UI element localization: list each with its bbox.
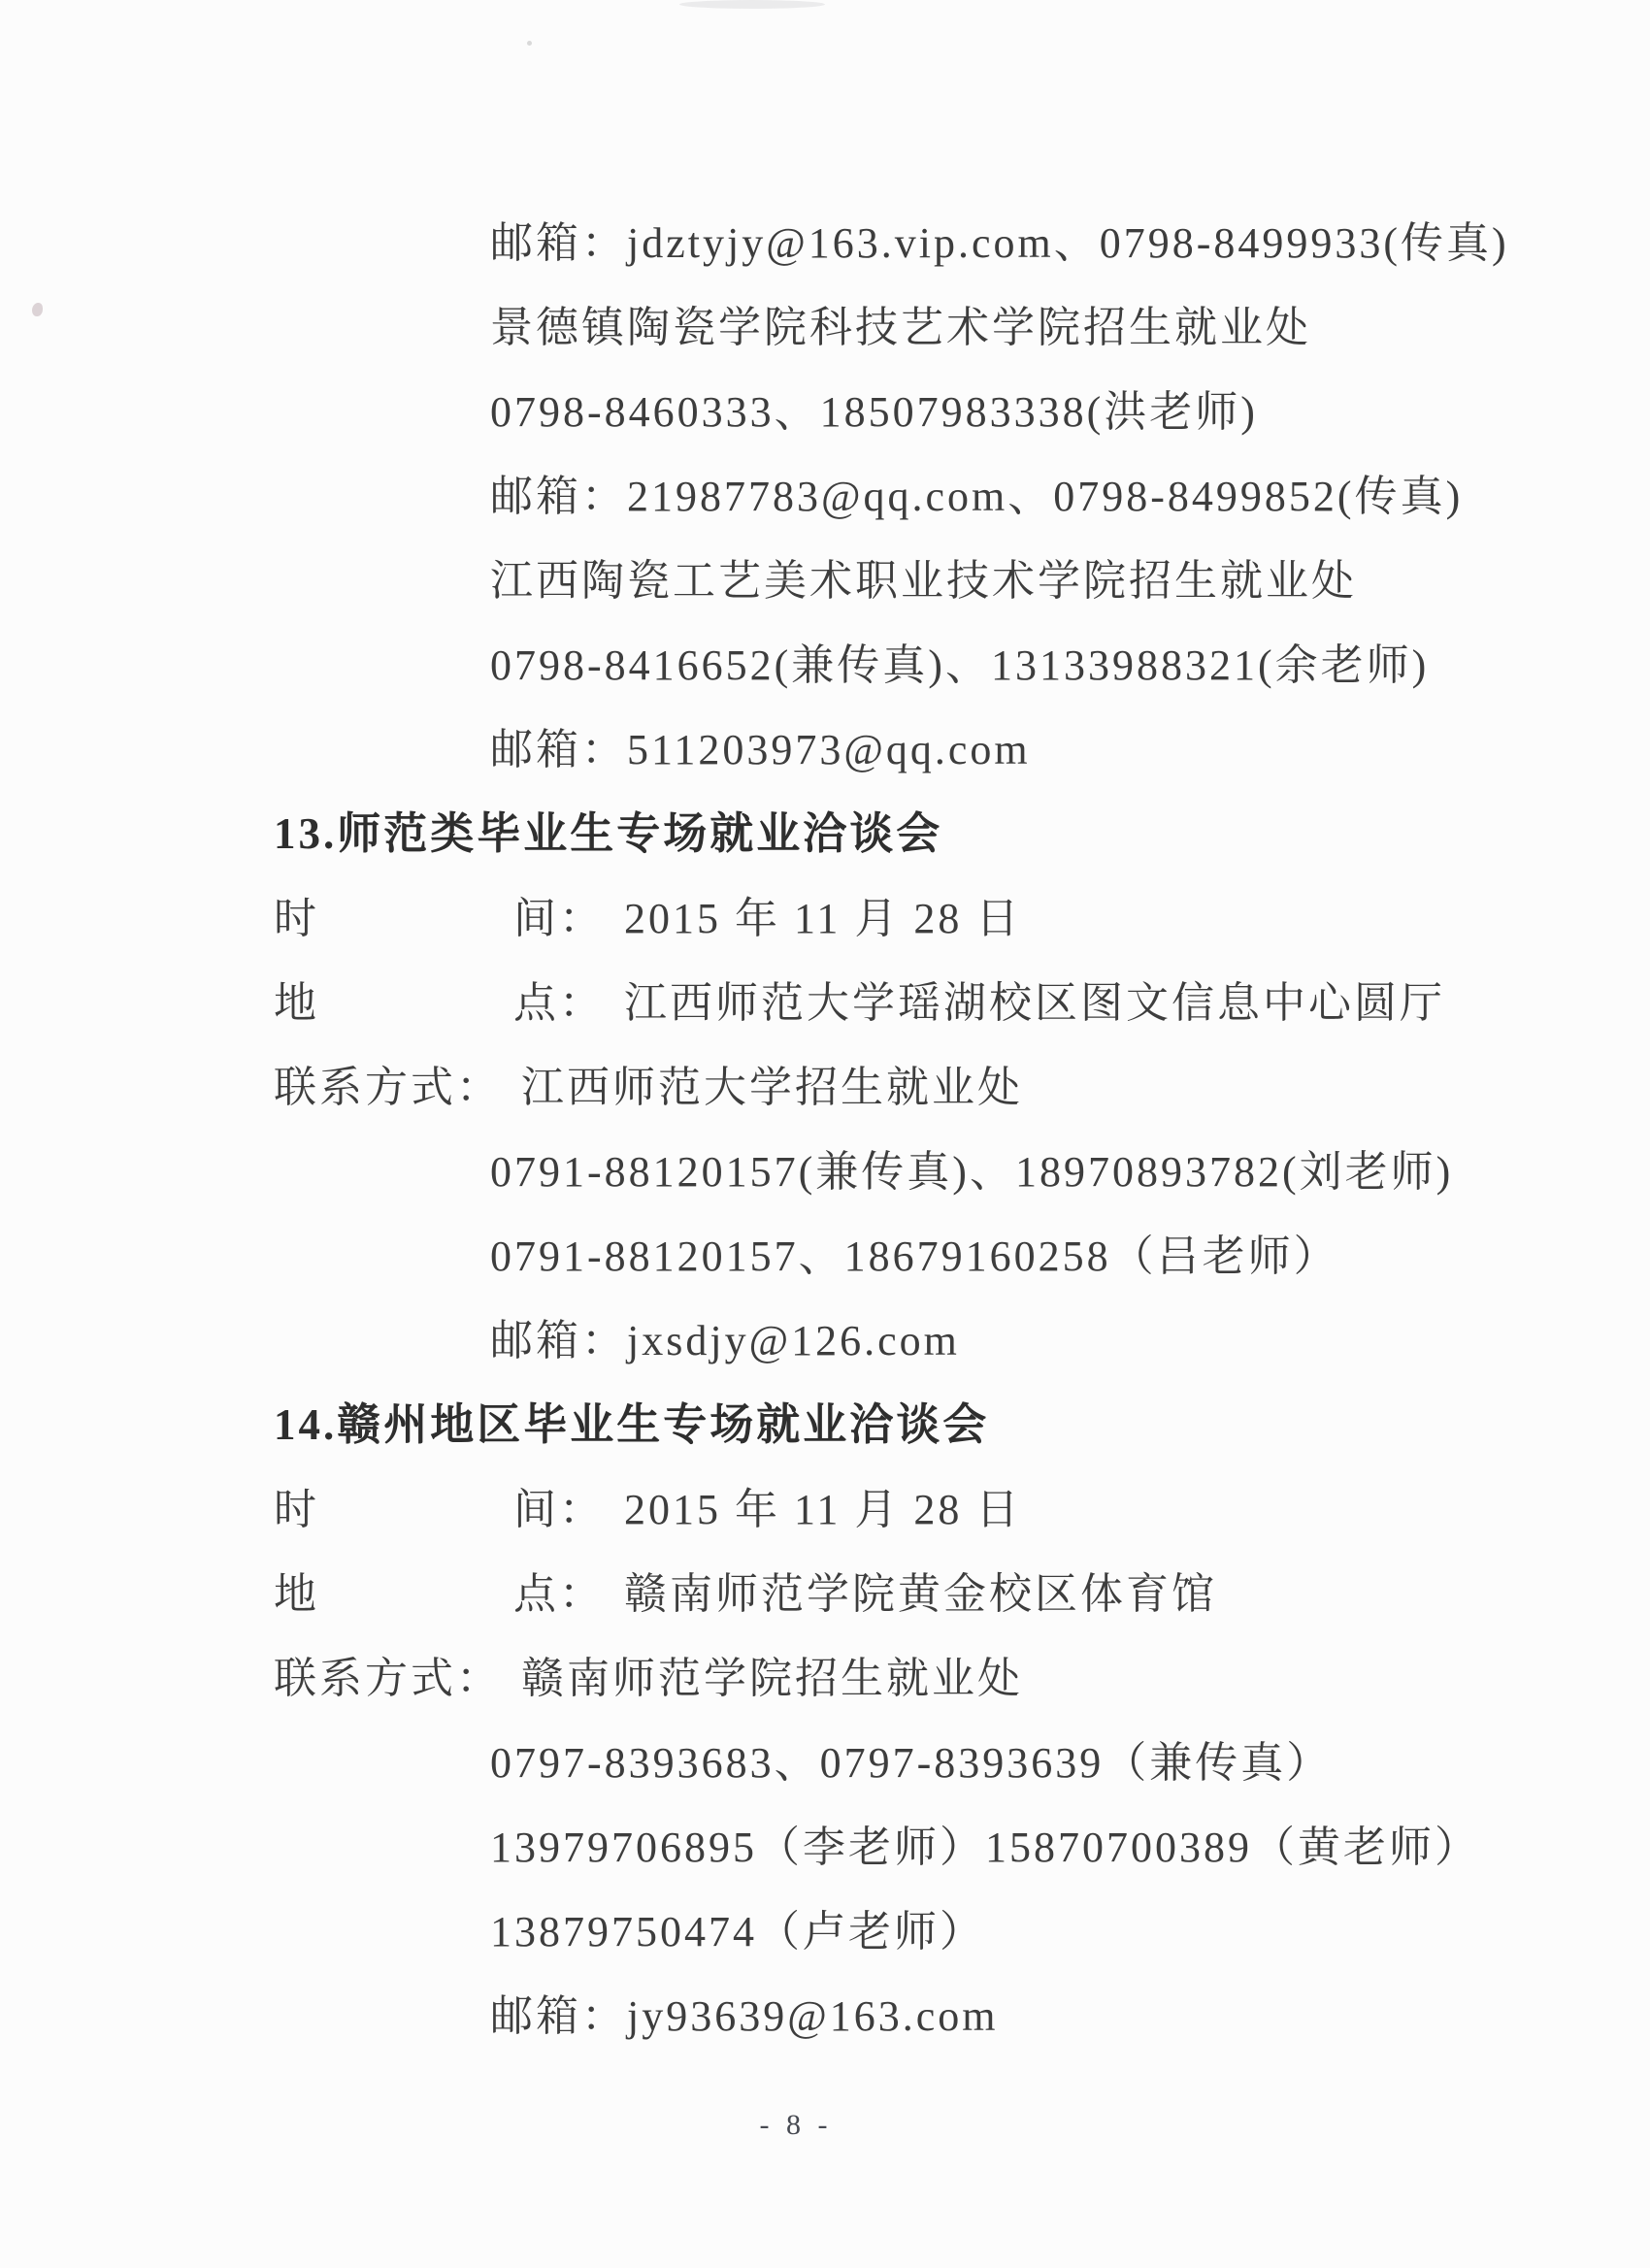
field-value: 赣南师范学院黄金校区体育馆	[624, 1570, 1217, 1618]
field-label: 时	[274, 895, 319, 942]
field-value: 江西师范大学瑶湖校区图文信息中心圆厅	[624, 979, 1445, 1027]
scanned-page: 邮箱：jdztyjy@163.vip.com、0798-8499933(传真) …	[0, 0, 1650, 2268]
phone-line: 0797-8393683、0797-8393639（兼传真）	[490, 1721, 1650, 1805]
section-13-heading: 13.师范类毕业生专场就业洽谈会	[274, 792, 1650, 876]
email-fax-line: 邮箱：jdztyjy@163.vip.com、0798-8499933(传真)	[490, 201, 1650, 285]
field-label-cont: 间：	[513, 1486, 605, 1533]
field-label-cont: 间：	[513, 895, 605, 942]
field-label: 地	[274, 1570, 319, 1618]
phone-line: 0791-88120157(兼传真)、18970893782(刘老师)	[490, 1130, 1650, 1214]
email-line: 邮箱：jy93639@163.com	[490, 1974, 1650, 2058]
contact-method-line: 联系方式：赣南师范学院招生就业处	[274, 1636, 1650, 1721]
place-field-line: 地点：江西师范大学瑶湖校区图文信息中心圆厅	[274, 961, 1650, 1045]
field-label: 联系方式：	[274, 1655, 502, 1702]
contact-method-line: 联系方式：江西师范大学招生就业处	[274, 1045, 1650, 1130]
phone-line: 0798-8416652(兼传真)、13133988321(余老师)	[490, 623, 1650, 707]
place-field-line: 地点：赣南师范学院黄金校区体育馆	[274, 1552, 1650, 1636]
email-fax-line: 邮箱：21987783@qq.com、0798-8499852(传真)	[490, 454, 1650, 539]
field-value: 江西师范大学招生就业处	[521, 1064, 1023, 1111]
field-value: 2015 年 11 月 28 日	[624, 1486, 1021, 1533]
time-field-line: 时间：2015 年 11 月 28 日	[274, 1467, 1650, 1552]
phone-line: 0798-8460333、18507983338(洪老师)	[490, 370, 1650, 454]
email-line: 邮箱：511203973@qq.com	[490, 707, 1650, 792]
org-line: 江西陶瓷工艺美术职业技术学院招生就业处	[490, 539, 1650, 623]
field-label: 地	[274, 979, 319, 1027]
field-label-cont: 点：	[513, 1570, 605, 1618]
org-line: 景德镇陶瓷学院科技艺术学院招生就业处	[490, 285, 1650, 370]
field-value: 赣南师范学院招生就业处	[521, 1655, 1023, 1702]
document-body: 邮箱：jdztyjy@163.vip.com、0798-8499933(传真) …	[0, 0, 1650, 2058]
phone-line: 0791-88120157、18679160258（吕老师）	[490, 1214, 1650, 1298]
field-label: 联系方式：	[274, 1064, 502, 1111]
email-line: 邮箱：jxsdjy@126.com	[490, 1298, 1650, 1383]
field-label-cont: 点：	[513, 979, 605, 1027]
page-number: - 8 -	[0, 2106, 1650, 2145]
phone-line: 13979706895（李老师）15870700389（黄老师）	[490, 1805, 1650, 1890]
time-field-line: 时间：2015 年 11 月 28 日	[274, 876, 1650, 961]
phone-line: 13879750474（卢老师）	[490, 1890, 1650, 1974]
field-label: 时	[274, 1486, 319, 1533]
field-value: 2015 年 11 月 28 日	[624, 895, 1021, 942]
section-14-heading: 14.赣州地区毕业生专场就业洽谈会	[274, 1383, 1650, 1467]
